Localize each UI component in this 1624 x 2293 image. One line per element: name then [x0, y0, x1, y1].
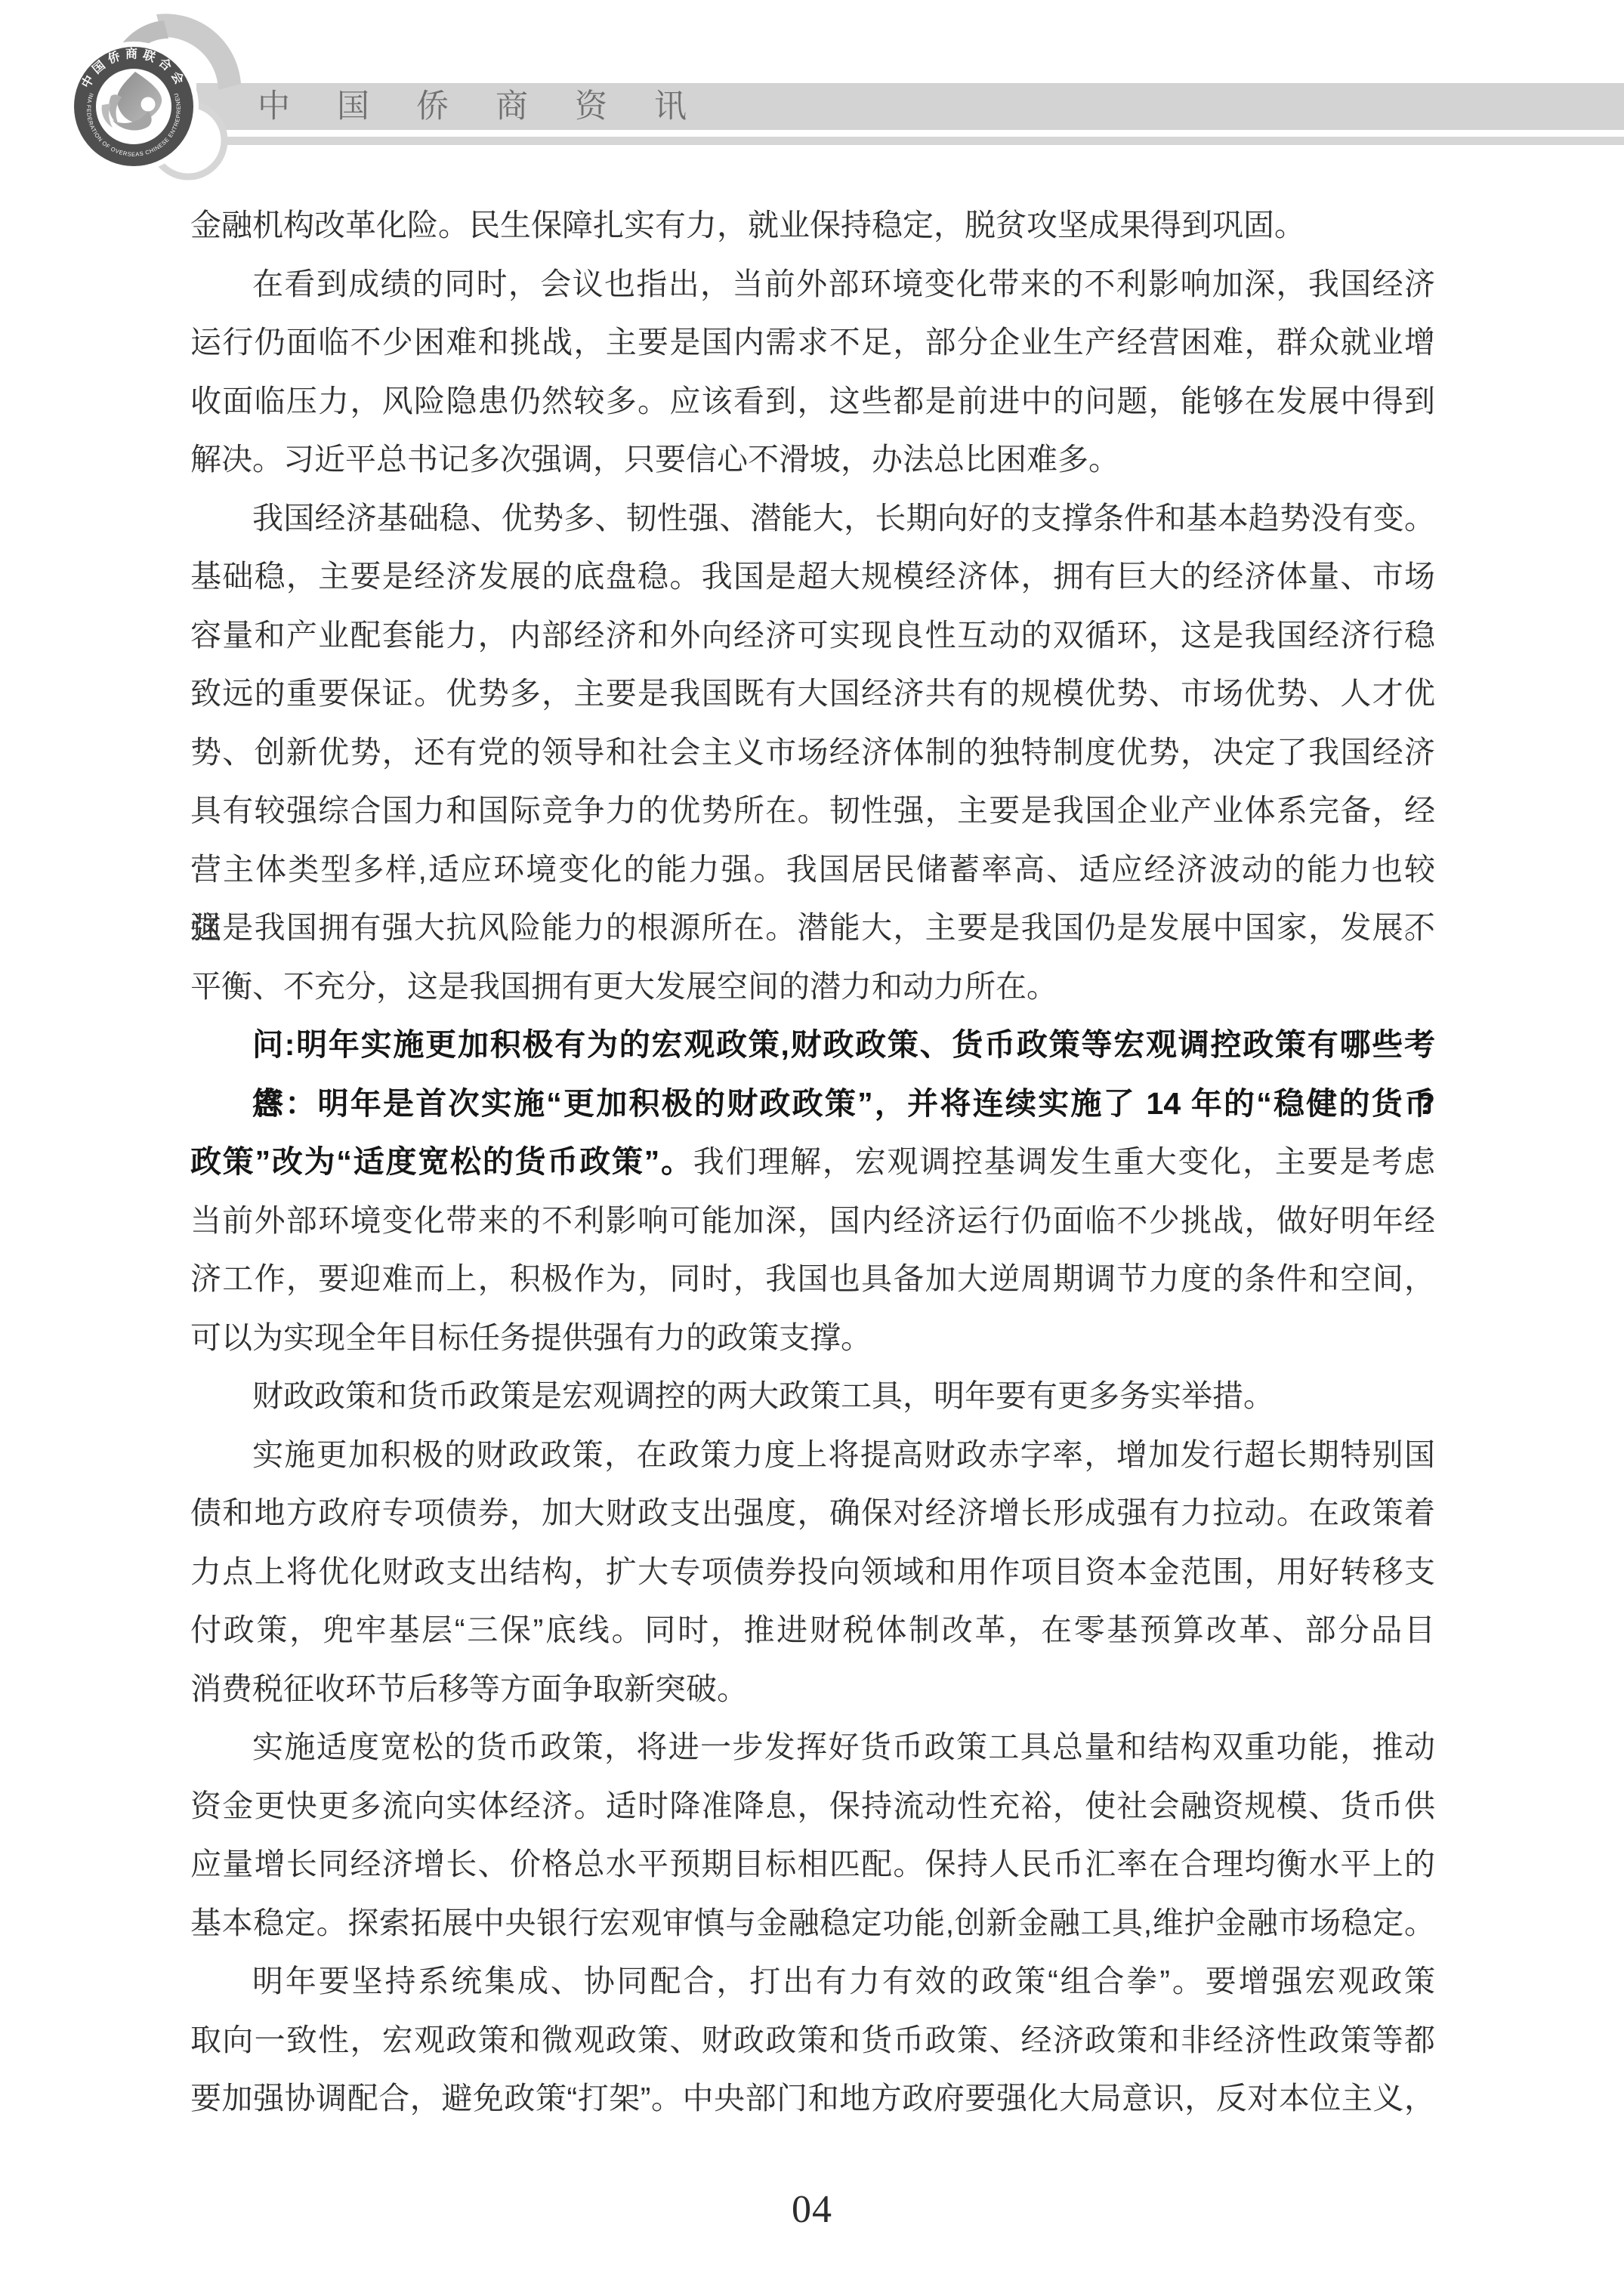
banner-title: 中国侨商资讯 — [258, 83, 733, 130]
text-line: 解决。习近平总书记多次强调，只要信心不滑坡，办法总比困难多。 — [190, 431, 1435, 489]
text-line: 力点上将优化财政支出结构，扩大专项债券投向领域和用作项目资本金范围，用好转移支 — [190, 1543, 1435, 1602]
federation-logo: 中国侨商联合会 CHINA FEDERATION OF OVERSEAS CHI… — [43, 8, 270, 197]
text-line: 这是我国拥有强大抗风险能力的根源所在。潜能大，主要是我国仍是发展中国家，发展不 — [190, 899, 1435, 958]
text-line: 可以为实现全年目标任务提供强有力的政策支撑。 — [190, 1309, 1435, 1368]
text-line: 实施更加积极的财政政策，在政策力度上将提高财政赤字率，增加发行超长期特别国 — [190, 1426, 1435, 1485]
text-segment: 取向一致性，宏观政策和微观政策、财政政策和货币政策、经济政策和非经济性政策等都 — [190, 2023, 1435, 2057]
text-segment: 财政政策和货币政策是宏观调控的两大政策工具，明年要有更多务实举措。 — [252, 1378, 1274, 1413]
text-line: 当前外部环境变化带来的不利影响可能加深，国内经济运行仍面临不少挑战，做好明年经 — [190, 1192, 1435, 1251]
text-segment: 解决。习近平总书记多次强调，只要信心不滑坡，办法总比困难多。 — [190, 442, 1119, 477]
text-line: 具有较强综合国力和国际竞争力的优势所在。韧性强，主要是我国企业产业体系完备，经 — [190, 782, 1435, 841]
page-number: 04 — [0, 2187, 1624, 2232]
text-line: 基本稳定。探索拓展中央银行宏观审慎与金融稳定功能,创新金融工具,维护金融市场稳定… — [190, 1894, 1435, 1953]
text-segment: 应量增长同经济增长、价格总水平预期目标相匹配。保持人民币汇率在合理均衡水平上的 — [190, 1847, 1435, 1881]
text-segment: 容量和产业配套能力，内部经济和外向经济可实现良性互动的双循环，这是我国经济行稳 — [190, 618, 1435, 653]
text-segment: 平衡、不充分，这是我国拥有更大发展空间的潜力和动力所在。 — [190, 969, 1057, 1004]
text-segment: 收面临压力，风险隐患仍然较多。应该看到，这些都是前进中的问题，能够在发展中得到 — [190, 384, 1435, 418]
text-segment: 这是我国拥有强大抗风险能力的根源所在。潜能大，主要是我国仍是发展中国家，发展不 — [190, 910, 1435, 945]
bold-text-segment: 答：明年是首次实施“更加积极的财政政策”，并将连续实施了 14 年的“稳健的货币 — [252, 1086, 1435, 1121]
text-segment: 基础稳，主要是经济发展的底盘稳。我国是超大规模经济体，拥有巨大的经济体量、市场 — [190, 559, 1435, 594]
text-line: 金融机构改革化险。民生保障扎实有力，就业保持稳定，脱贫攻坚成果得到巩固。 — [190, 196, 1435, 255]
text-segment: 实施适度宽松的货币政策，将进一步发挥好货币政策工具总量和结构双重功能，推动 — [252, 1730, 1435, 1764]
text-segment: 消费税征收环节后移等方面争取新突破。 — [190, 1671, 748, 1706]
text-line: 资金更快更多流向实体经济。适时降准降息，保持流动性充裕，使社会融资规模、货币供 — [190, 1777, 1435, 1836]
article-body: 金融机构改革化险。民生保障扎实有力，就业保持稳定，脱贫攻坚成果得到巩固。在看到成… — [190, 196, 1435, 2128]
text-line: 明年要坚持系统集成、协同配合，打出有力有效的政策“组合拳”。要增强宏观政策 — [190, 1952, 1435, 2011]
text-segment: 在看到成绩的同时，会议也指出，当前外部环境变化带来的不利影响加深，我国经济 — [252, 267, 1435, 301]
text-line: 平衡、不充分，这是我国拥有更大发展空间的潜力和动力所在。 — [190, 958, 1435, 1017]
text-segment: 付政策，兜牢基层“三保”底线。同时，推进财税体制改革，在零基预算改革、部分品目 — [190, 1613, 1435, 1647]
bold-text-segment: 政策”改为“适度宽松的货币政策”。 — [190, 1144, 693, 1179]
text-line: 付政策，兜牢基层“三保”底线。同时，推进财税体制改革，在零基预算改革、部分品目 — [190, 1601, 1435, 1660]
text-line: 致远的重要保证。优势多，主要是我国既有大国经济共有的规模优势、市场优势、人才优 — [190, 665, 1435, 724]
text-line: 容量和产业配套能力，内部经济和外向经济可实现良性互动的双循环，这是我国经济行稳 — [190, 606, 1435, 665]
text-segment: 资金更快更多流向实体经济。适时降准降息，保持流动性充裕，使社会融资规模、货币供 — [190, 1788, 1435, 1823]
text-line: 债和地方政府专项债券，加大财政支出强度，确保对经济增长形成强有力拉动。在政策着 — [190, 1484, 1435, 1543]
text-segment: 具有较强综合国力和国际竞争力的优势所在。韧性强，主要是我国企业产业体系完备，经 — [190, 793, 1435, 828]
text-segment: 济工作，要迎难而上，积极作为，同时，我国也具备加大逆周期调节力度的条件和空间， — [190, 1261, 1435, 1296]
text-line: 我国经济基础稳、优势多、韧性强、潜能大，长期向好的支撑条件和基本趋势没有变。 — [190, 489, 1435, 548]
text-line: 实施适度宽松的货币政策，将进一步发挥好货币政策工具总量和结构双重功能，推动 — [190, 1718, 1435, 1777]
text-line: 问:明年实施更加积极有为的宏观政策,财政政策、货币政策等宏观调控政策有哪些考虑? — [190, 1016, 1435, 1075]
text-line: 要加强协调配合，避免政策“打架”。中央部门和地方政府要强化大局意识，反对本位主义… — [190, 2069, 1435, 2128]
text-line: 在看到成绩的同时，会议也指出，当前外部环境变化带来的不利影响加深，我国经济 — [190, 255, 1435, 314]
text-segment: 实施更加积极的财政政策，在政策力度上将提高财政赤字率，增加发行超长期特别国 — [252, 1437, 1435, 1472]
text-line: 政策”改为“适度宽松的货币政策”。我们理解，宏观调控基调发生重大变化，主要是考虑 — [190, 1133, 1435, 1192]
text-line: 答：明年是首次实施“更加积极的财政政策”，并将连续实施了 14 年的“稳健的货币 — [190, 1075, 1435, 1134]
text-segment: 力点上将优化财政支出结构，扩大专项债券投向领域和用作项目资本金范围，用好转移支 — [190, 1554, 1435, 1589]
text-segment: 金融机构改革化险。民生保障扎实有力，就业保持稳定，脱贫攻坚成果得到巩固。 — [190, 208, 1305, 242]
text-segment: 债和地方政府专项债券，加大财政支出强度，确保对经济增长形成强有力拉动。在政策着 — [190, 1495, 1435, 1530]
text-line: 消费税征收环节后移等方面争取新突破。 — [190, 1660, 1435, 1719]
text-line: 营主体类型多样,适应环境变化的能力强。我国居民储蓄率高、适应经济波动的能力也较强… — [190, 841, 1435, 900]
text-line: 应量增长同经济增长、价格总水平预期目标相匹配。保持人民币汇率在合理均衡水平上的 — [190, 1835, 1435, 1894]
text-segment: 基本稳定。探索拓展中央银行宏观审慎与金融稳定功能,创新金融工具,维护金融市场稳定… — [190, 1906, 1435, 1940]
text-segment: 当前外部环境变化带来的不利影响可能加深，国内经济运行仍面临不少挑战，做好明年经 — [190, 1203, 1435, 1238]
text-segment: 要加强协调配合，避免政策“打架”。中央部门和地方政府要强化大局意识，反对本位主义… — [190, 2081, 1435, 2116]
text-segment: 可以为实现全年目标任务提供强有力的政策支撑。 — [190, 1320, 872, 1355]
federation-logo-icon: 中国侨商联合会 CHINA FEDERATION OF OVERSEAS CHI… — [43, 8, 270, 197]
text-segment: 我国经济基础稳、优势多、韧性强、潜能大，长期向好的支撑条件和基本趋势没有变。 — [252, 501, 1435, 535]
text-segment: 明年要坚持系统集成、协同配合，打出有力有效的政策“组合拳”。要增强宏观政策 — [252, 1964, 1435, 1998]
text-line: 济工作，要迎难而上，积极作为，同时，我国也具备加大逆周期调节力度的条件和空间， — [190, 1250, 1435, 1309]
text-segment: 运行仍面临不少困难和挑战，主要是国内需求不足，部分企业生产经营困难，群众就业增 — [190, 325, 1435, 360]
text-line: 取向一致性，宏观政策和微观政策、财政政策和货币政策、经济政策和非经济性政策等都 — [190, 2011, 1435, 2070]
text-line: 运行仍面临不少困难和挑战，主要是国内需求不足，部分企业生产经营困难，群众就业增 — [190, 313, 1435, 372]
text-segment: 致远的重要保证。优势多，主要是我国既有大国经济共有的规模优势、市场优势、人才优 — [190, 676, 1435, 711]
header-band-thin — [196, 137, 1624, 145]
text-segment: 我们理解，宏观调控基调发生重大变化，主要是考虑 — [693, 1144, 1435, 1179]
text-line: 财政政策和货币政策是宏观调控的两大政策工具，明年要有更多务实举措。 — [190, 1367, 1435, 1426]
text-line: 基础稳，主要是经济发展的底盘稳。我国是超大规模经济体，拥有巨大的经济体量、市场 — [190, 548, 1435, 606]
text-segment: 势、创新优势，还有党的领导和社会主义市场经济体制的独特制度优势，决定了我国经济 — [190, 735, 1435, 770]
text-line: 势、创新优势，还有党的领导和社会主义市场经济体制的独特制度优势，决定了我国经济 — [190, 724, 1435, 782]
text-line: 收面临压力，风险隐患仍然较多。应该看到，这些都是前进中的问题，能够在发展中得到 — [190, 372, 1435, 431]
